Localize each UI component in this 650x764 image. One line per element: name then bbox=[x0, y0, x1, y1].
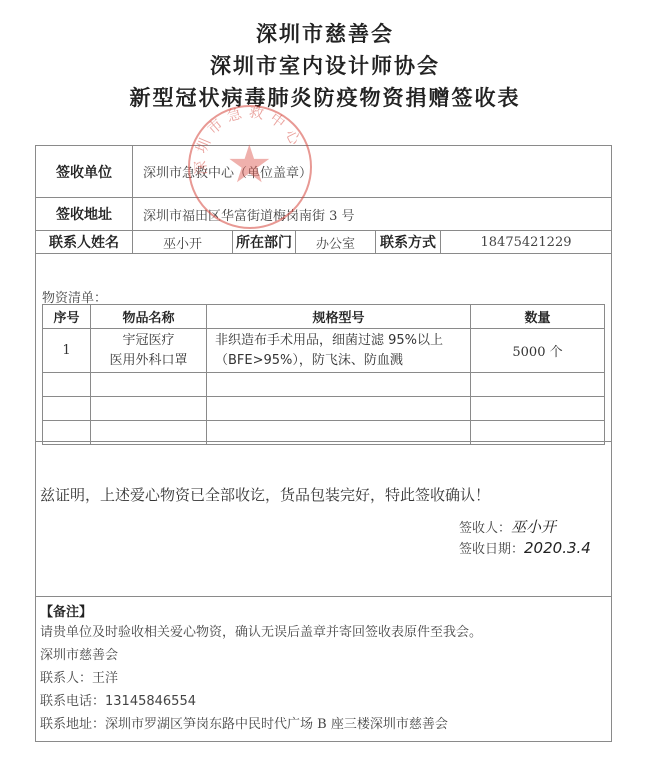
item-name: 宇冠医疗 医用外科口罩 bbox=[91, 329, 207, 373]
item-spec: 非织造布手术用品，细菌过滤 95%以上 （BFE>95%），防飞沫、防血溅 bbox=[207, 329, 471, 373]
contact-name-label: 联系人姓名 bbox=[36, 231, 133, 253]
notes-instruction: 请贵单位及时验收相关爱心物资，确认无误后盖章并寄回签收表原件至我会。 bbox=[40, 623, 600, 643]
col-spec: 规格型号 bbox=[207, 305, 471, 329]
recipient-unit-value: 深圳市急救中心（单位盖章） bbox=[133, 146, 611, 197]
table-row-empty bbox=[43, 373, 605, 397]
document-header: 深圳市慈善会 深圳市室内设计师协会 新型冠状病毒肺炎防疫物资捐赠签收表 bbox=[0, 18, 650, 114]
department-value: 办公室 bbox=[296, 231, 376, 253]
row-recipient-unit: 签收单位 深圳市急救中心（单位盖章） bbox=[36, 146, 611, 198]
title-form: 新型冠状病毒肺炎防疫物资捐赠签收表 bbox=[0, 82, 650, 114]
notes-title: 【备注】 bbox=[40, 603, 600, 623]
notes-address: 联系地址：深圳市罗湖区笋岗东路中民时代广场 B 座三楼深圳市慈善会 bbox=[40, 715, 600, 735]
divider-items bbox=[36, 441, 611, 442]
notes-section: 【备注】 请贵单位及时验收相关爱心物资，确认无误后盖章并寄回签收表原件至我会。 … bbox=[40, 603, 600, 735]
recipient-address-label: 签收地址 bbox=[36, 198, 133, 230]
contact-method-label: 联系方式 bbox=[376, 231, 441, 253]
table-row: 1 宇冠医疗 医用外科口罩 非织造布手术用品，细菌过滤 95%以上 （BFE>9… bbox=[43, 329, 605, 373]
row-contact-info: 联系人姓名 巫小开 所在部门 办公室 联系方式 18475421229 bbox=[36, 231, 611, 254]
notes-contact-person: 联系人：王洋 bbox=[40, 669, 600, 689]
recipient-address-value: 深圳市福田区华富街道梅岗南街 3 号 bbox=[133, 198, 611, 230]
items-header-row: 序号 物品名称 规格型号 数量 bbox=[43, 305, 605, 329]
receipt-form: 签收单位 深圳市急救中心（单位盖章） 签收地址 深圳市福田区华富街道梅岗南街 3… bbox=[35, 145, 612, 742]
signer-line: 签收人：巫小开 bbox=[459, 516, 556, 537]
items-table: 序号 物品名称 规格型号 数量 1 宇冠医疗 医用外科口罩 非织造布手术用品，细… bbox=[42, 304, 605, 445]
date-handwritten: 2020.3.4 bbox=[524, 539, 591, 557]
notes-phone: 联系电话：13145846554 bbox=[40, 692, 600, 712]
item-index: 1 bbox=[43, 329, 91, 373]
col-index: 序号 bbox=[43, 305, 91, 329]
confirmation-statement: 兹证明，上述爱心物资已全部收讫，货品包装完好，特此签收确认！ bbox=[40, 484, 490, 505]
title-association: 深圳市室内设计师协会 bbox=[0, 50, 650, 82]
contact-method-value: 18475421229 bbox=[441, 231, 611, 253]
item-spec-line1: 非织造布手术用品，细菌过滤 95%以上 bbox=[215, 331, 470, 351]
table-row-empty bbox=[43, 397, 605, 421]
contact-name-value: 巫小开 bbox=[133, 231, 233, 253]
col-name: 物品名称 bbox=[91, 305, 207, 329]
date-line: 签收日期：2020.3.4 bbox=[459, 538, 591, 557]
divider-notes bbox=[36, 596, 611, 597]
signer-signature: 巫小开 bbox=[511, 518, 556, 536]
date-label: 签收日期： bbox=[459, 542, 524, 557]
title-charity: 深圳市慈善会 bbox=[0, 18, 650, 50]
item-name-line1: 宇冠医疗 bbox=[91, 331, 206, 351]
notes-org: 深圳市慈善会 bbox=[40, 646, 600, 666]
item-spec-line2: （BFE>95%），防飞沫、防血溅 bbox=[215, 351, 470, 371]
row-recipient-address: 签收地址 深圳市福田区华富街道梅岗南街 3 号 bbox=[36, 198, 611, 231]
item-name-line2: 医用外科口罩 bbox=[91, 351, 206, 371]
signer-label: 签收人： bbox=[459, 521, 511, 536]
recipient-unit-label: 签收单位 bbox=[36, 146, 133, 197]
department-label: 所在部门 bbox=[233, 231, 296, 253]
item-quantity: 5000 个 bbox=[471, 329, 605, 373]
col-quantity: 数量 bbox=[471, 305, 605, 329]
